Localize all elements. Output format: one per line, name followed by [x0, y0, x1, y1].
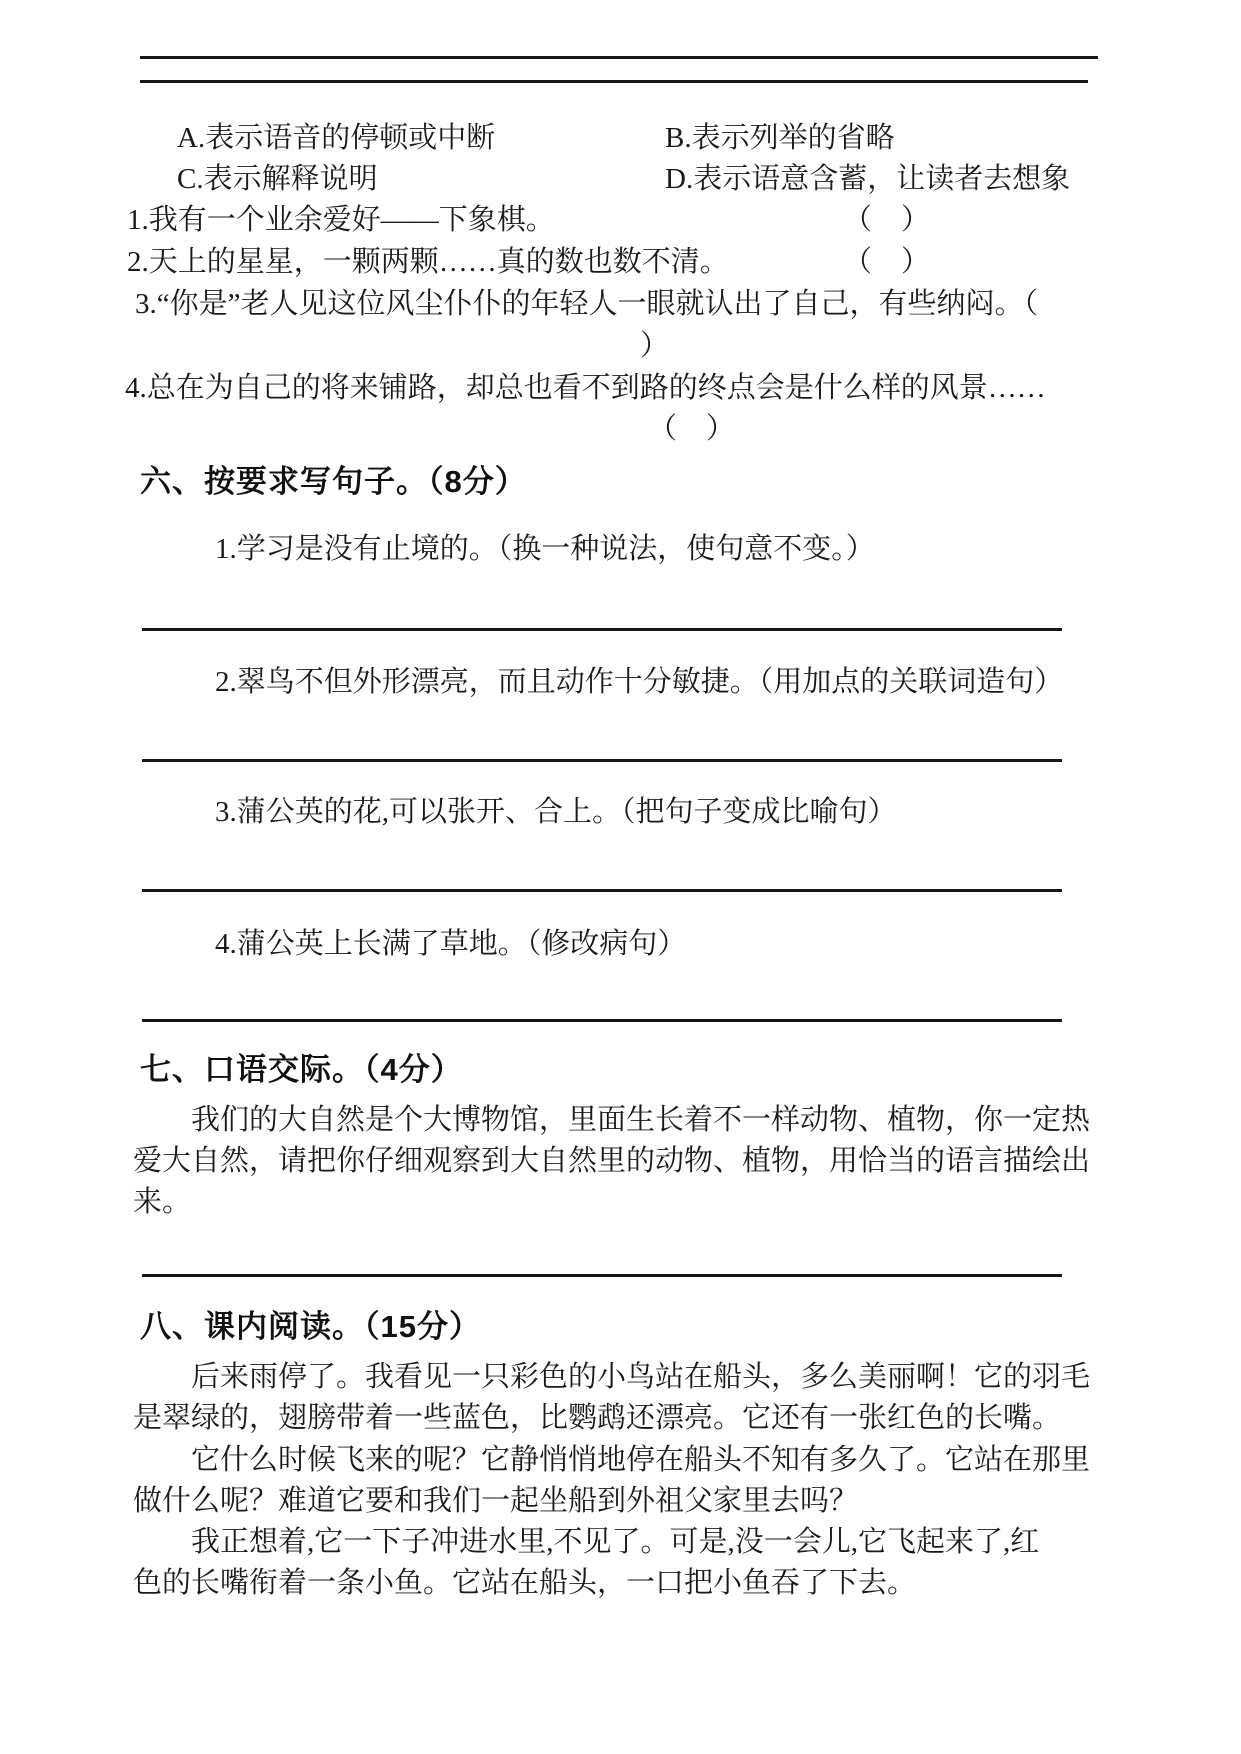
answer-line-3 — [142, 889, 1062, 892]
header-rule-bottom — [140, 80, 1088, 83]
option-d: D.表示语意含蓄，让读者去想象 — [665, 163, 1070, 195]
section-six-question-1: 1.学习是没有止境的。（换一种说法，使句意不变。） — [215, 533, 875, 565]
reading-paragraph-2: 它什么时候飞来的呢？它静悄悄地停在船头不知有多久了。它站在那里 做什么呢？难道它… — [133, 1440, 1113, 1522]
section-seven-prompt: 我们的大自然是个大博物馆，里面生长着不一样动物、植物，你一定热 爱大自然，请把你… — [133, 1100, 1113, 1223]
answer-line-5 — [142, 1274, 1062, 1277]
section-six-question-3: 3.蒲公英的花,可以张开、合上。（把句子变成比喻句） — [215, 796, 897, 828]
reading-paragraph-1: 后来雨停了。我看见一只彩色的小鸟站在船头，多么美丽啊！它的羽毛 是翠绿的，翅膀带… — [133, 1357, 1113, 1439]
section-six-title: 六、按要求写句子。（8分） — [140, 464, 527, 500]
punct-item-1-blank: （ ） — [843, 204, 930, 236]
section-eight-title: 八、课内阅读。（15分） — [140, 1309, 481, 1345]
punct-item-3: 3.“你是”老人见这位风尘仆仆的年轻人一眼就认出了自己，有些纳闷。（ — [135, 288, 1038, 320]
answer-line-2 — [142, 759, 1062, 762]
punct-item-4-blank: （ ） — [648, 413, 735, 445]
option-a: A.表示语音的停顿或中断 — [177, 122, 495, 154]
section-six-question-4: 4.蒲公英上长满了草地。（修改病句） — [215, 928, 686, 960]
section-six-question-2: 2.翠鸟不但外形漂亮，而且动作十分敏捷。（用加点的关联词造句） — [215, 666, 1063, 698]
answer-line-1 — [142, 628, 1062, 631]
section-seven-title: 七、口语交际。（4分） — [140, 1052, 463, 1088]
exam-paper-page: A.表示语音的停顿或中断 B.表示列举的省略 C.表示解释说明 D.表示语意含蓄… — [0, 0, 1241, 1754]
option-c: C.表示解释说明 — [177, 163, 378, 195]
punct-item-2: 2.天上的星星，一颗两颗……真的数也数不清。 — [127, 246, 729, 278]
option-b: B.表示列举的省略 — [665, 122, 895, 154]
header-rule-top — [140, 56, 1098, 59]
punct-item-3-close-paren: ） — [640, 330, 669, 362]
answer-line-4 — [142, 1019, 1062, 1022]
reading-paragraph-3: 我正想着,它一下子冲进水里,不见了。可是,没一会儿,它飞起来了,红 色的长嘴衔着… — [133, 1522, 1113, 1604]
punct-item-1: 1.我有一个业余爱好——下象棋。 — [127, 204, 555, 236]
punct-item-2-blank: （ ） — [843, 246, 930, 278]
punct-item-4: 4.总在为自己的将来铺路，却总也看不到路的终点会是什么样的风景…… — [125, 372, 1046, 404]
